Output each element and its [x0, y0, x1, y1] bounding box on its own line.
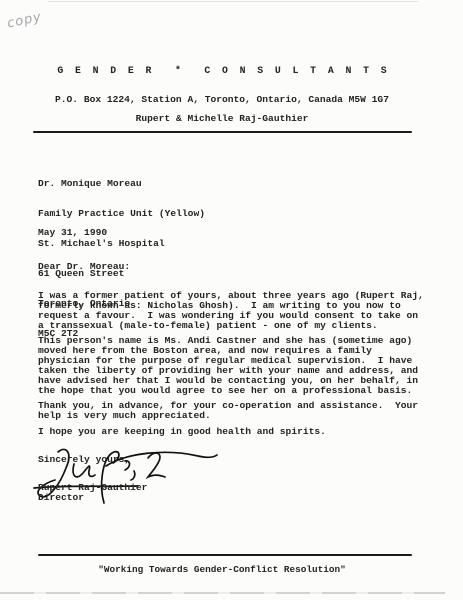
handwritten-copy-note: copy	[6, 10, 43, 32]
body-paragraph-2: This person's name is Ms. Andi Castner a…	[38, 336, 438, 396]
salutation: Dear Dr. Moreau:	[38, 262, 130, 272]
body-paragraph-3: Thank you, in advance, for your co-opera…	[38, 401, 438, 421]
letterhead-address: P.O. Box 1224, Station A, Toronto, Ontar…	[30, 95, 414, 105]
scan-artifact-top	[48, 1, 418, 2]
body-paragraph-1: I was a former patient of yours, about t…	[38, 291, 438, 331]
scanned-letter-page: copy G E N D E R * C O N S U L T A N T S…	[0, 0, 463, 600]
letterhead-org-name: G E N D E R * C O N S U L T A N T S	[30, 66, 414, 76]
letterhead-principals: Rupert & Michelle Raj-Gauthier	[30, 114, 414, 124]
recipient-line: St. Michael's Hospital	[38, 239, 205, 249]
footer-divider-rule	[38, 554, 412, 556]
body-paragraph-4: I hope you are keeping in good health an…	[38, 427, 438, 437]
letterhead-divider-rule	[33, 131, 412, 133]
letter-date: May 31, 1990	[38, 228, 107, 238]
scan-artifact-bottom	[0, 592, 445, 594]
signer-title: Director	[38, 493, 84, 503]
footer-motto: "Working Towards Gender-Conflict Resolut…	[30, 565, 414, 575]
recipient-line: Family Practice Unit (Yellow)	[38, 209, 205, 219]
recipient-line: Dr. Monique Moreau	[38, 179, 205, 189]
